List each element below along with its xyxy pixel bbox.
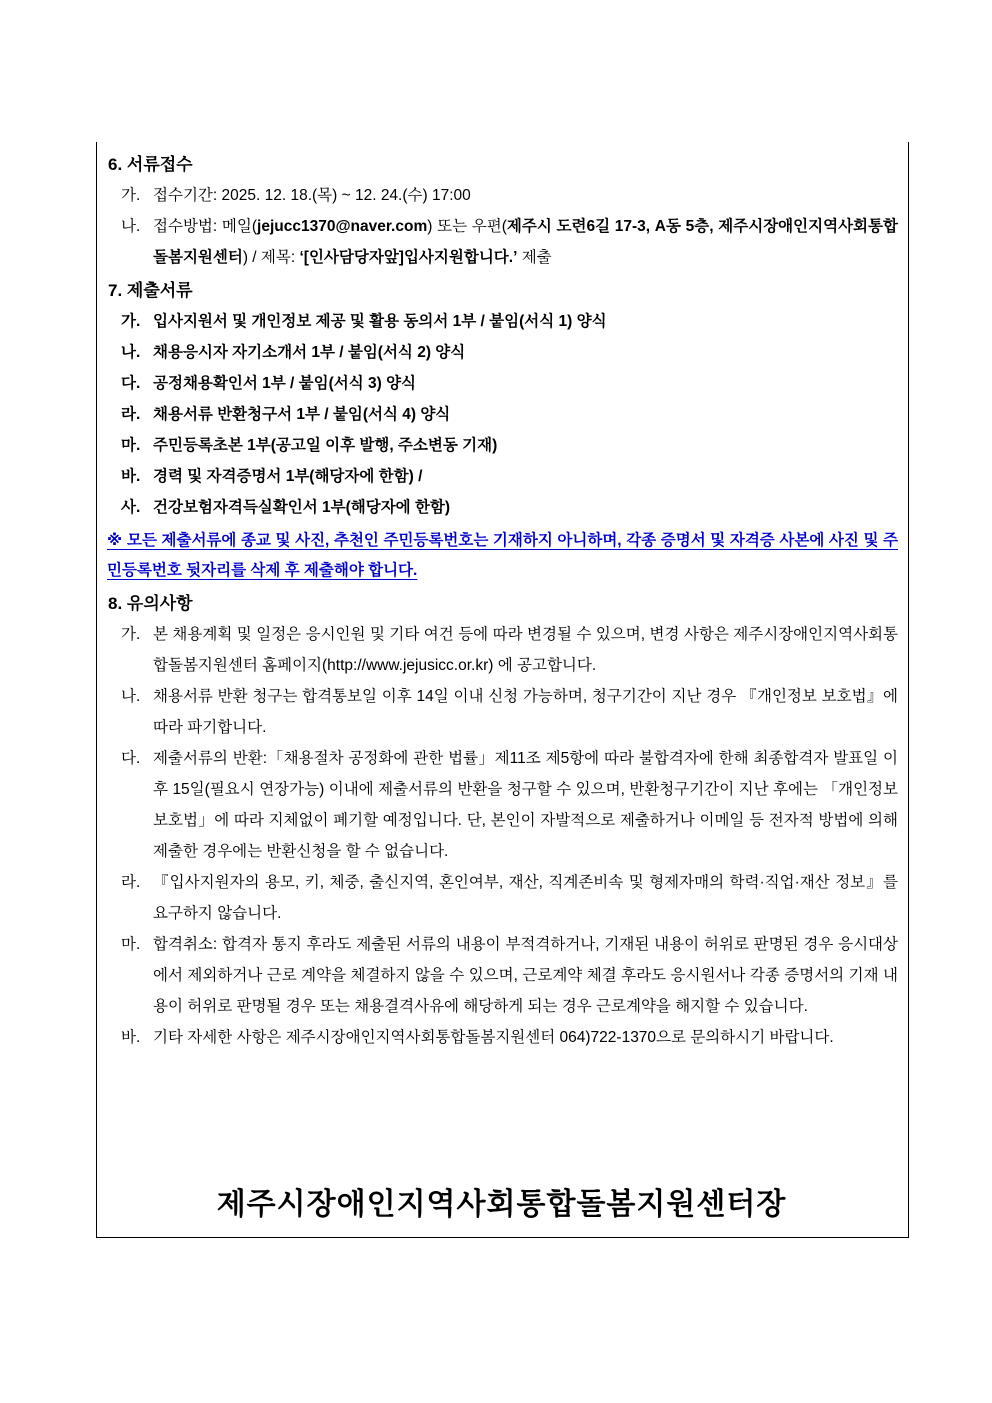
item-label: 나. <box>121 337 140 368</box>
list-item: 가.입사지원서 및 개인정보 제공 및 활용 동의서 1부 / 붙임(서식 1)… <box>105 306 898 337</box>
list-item: 바.경력 및 자격증명서 1부(해당자에 한함) / <box>105 461 898 492</box>
list-item: 라.『입사지원자의 용모, 키, 체중, 출신지역, 혼인여부, 재산, 직계존… <box>105 867 898 929</box>
item-label: 마. <box>121 929 140 960</box>
list-item: 가.접수기간: 2025. 12. 18.(목) ~ 12. 24.(수) 17… <box>105 180 898 211</box>
list-item: 다.공정채용확인서 1부 / 붙임(서식 3) 양식 <box>105 368 898 399</box>
list-item: 다.제출서류의 반환:「채용절차 공정화에 관한 법률」제11조 제5항에 따라… <box>105 743 898 867</box>
item-text: 『입사지원자의 용모, 키, 체중, 출신지역, 혼인여부, 재산, 직계존비속… <box>153 874 898 922</box>
item-text: 주민등록초본 1부(공고일 이후 발행, 주소변동 기재) <box>153 437 497 454</box>
document-body-cell: 6. 서류접수가.접수기간: 2025. 12. 18.(목) ~ 12. 24… <box>96 142 909 1238</box>
section-heading: 8. 유의사항 <box>105 589 898 619</box>
item-text: 채용서류 반환청구서 1부 / 붙임(서식 4) 양식 <box>153 406 450 423</box>
item-text: 채용응시자 자기소개서 1부 / 붙임(서식 2) 양식 <box>153 344 465 361</box>
item-text: 본 채용계획 및 일정은 응시인원 및 기타 여건 등에 따라 변경될 수 있으… <box>153 626 898 674</box>
item-text: 접수방법: 메일(jejucc1370@naver.com) 또는 우편(제주시… <box>153 218 898 266</box>
item-text: 건강보험자격득실확인서 1부(해당자에 한함) <box>153 499 450 516</box>
item-label: 다. <box>121 743 140 774</box>
item-label: 라. <box>121 867 140 898</box>
item-label: 라. <box>121 399 140 430</box>
list-item: 나.접수방법: 메일(jejucc1370@naver.com) 또는 우편(제… <box>105 211 898 273</box>
submission-warning-note: ※ 모든 제출서류에 종교 및 사진, 추천인 주민등록번호는 기재하지 아니하… <box>105 526 898 586</box>
list-item: 마.합격취소: 합격자 통지 후라도 제출된 서류의 내용이 부적격하거나, 기… <box>105 929 898 1022</box>
list-item: 나.채용서류 반환 청구는 합격통보일 이후 14일 이내 신청 가능하며, 청… <box>105 681 898 743</box>
section-heading: 6. 서류접수 <box>105 150 898 180</box>
section-heading: 7. 제출서류 <box>105 276 898 306</box>
document-content: 6. 서류접수가.접수기간: 2025. 12. 18.(목) ~ 12. 24… <box>105 147 898 1173</box>
item-label: 다. <box>121 368 140 399</box>
list-item: 마.주민등록초본 1부(공고일 이후 발행, 주소변동 기재) <box>105 430 898 461</box>
item-label: 바. <box>121 1022 140 1053</box>
item-text: 합격취소: 합격자 통지 후라도 제출된 서류의 내용이 부적격하거나, 기재된… <box>153 936 898 1015</box>
list-item: 가.본 채용계획 및 일정은 응시인원 및 기타 여건 등에 따라 변경될 수 … <box>105 619 898 681</box>
item-label: 가. <box>121 619 140 650</box>
item-text: 제출서류의 반환:「채용절차 공정화에 관한 법률」제11조 제5항에 따라 불… <box>153 750 898 860</box>
list-item: 나.채용응시자 자기소개서 1부 / 붙임(서식 2) 양식 <box>105 337 898 368</box>
list-item: 사.건강보험자격득실확인서 1부(해당자에 한함) <box>105 492 898 523</box>
item-text: 공정채용확인서 1부 / 붙임(서식 3) 양식 <box>153 375 416 392</box>
document-page: 6. 서류접수가.접수기간: 2025. 12. 18.(목) ~ 12. 24… <box>0 0 992 1403</box>
item-text: 기타 자세한 사항은 제주시장애인지역사회통합돌봄지원센터 064)722-13… <box>153 1029 834 1046</box>
item-text: 입사지원서 및 개인정보 제공 및 활용 동의서 1부 / 붙임(서식 1) 양… <box>153 313 607 330</box>
item-label: 가. <box>121 180 140 211</box>
item-label: 나. <box>121 681 140 712</box>
item-text: 접수기간: 2025. 12. 18.(목) ~ 12. 24.(수) 17:0… <box>153 187 471 204</box>
list-item: 바.기타 자세한 사항은 제주시장애인지역사회통합돌봄지원센터 064)722-… <box>105 1022 898 1053</box>
list-item: 라.채용서류 반환청구서 1부 / 붙임(서식 4) 양식 <box>105 399 898 430</box>
item-text: 채용서류 반환 청구는 합격통보일 이후 14일 이내 신청 가능하며, 청구기… <box>153 688 898 736</box>
issuer-title: 제주시장애인지역사회통합돌봄지원센터장 <box>105 1173 898 1231</box>
item-label: 나. <box>121 211 140 242</box>
item-label: 마. <box>121 430 140 461</box>
item-label: 사. <box>121 492 140 523</box>
item-label: 가. <box>121 306 140 337</box>
item-text: 경력 및 자격증명서 1부(해당자에 한함) / <box>153 468 422 485</box>
item-label: 바. <box>121 461 140 492</box>
